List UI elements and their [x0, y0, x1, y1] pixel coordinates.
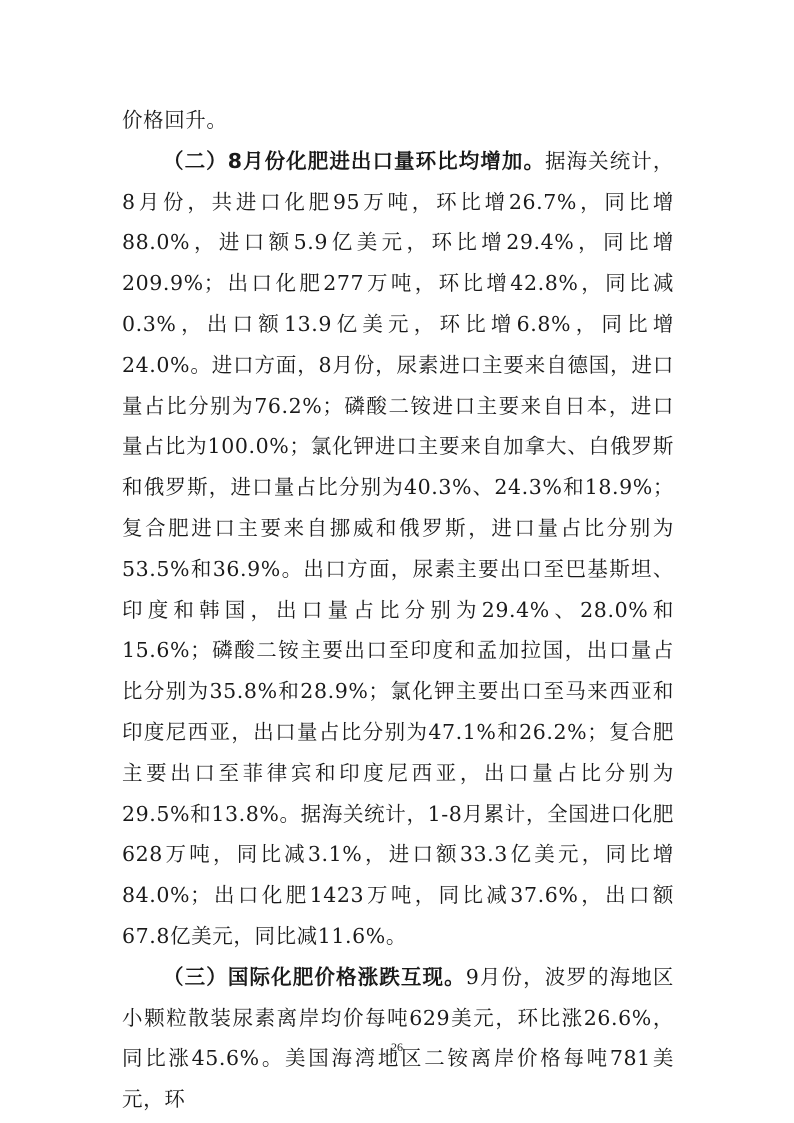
- paragraph-section-3: （三）国际化肥价格涨跌互现。9月份，波罗的海地区小颗粒散装尿素离岸均价每吨629…: [122, 957, 674, 1120]
- paragraph-text: 价格回升。: [122, 108, 228, 132]
- section-heading: （二）8月份化肥进出口量环比均增加。: [163, 149, 545, 173]
- paragraph-section-2: （二）8月份化肥进出口量环比均增加。据海关统计，8月份，共进口化肥95万吨，环比…: [122, 141, 674, 957]
- section-heading: （三）国际化肥价格涨跌互现。: [163, 965, 466, 989]
- page-number: 26: [0, 1040, 794, 1055]
- paragraph-text: 据海关统计，8月份，共进口化肥95万吨，环比增26.7%，同比增88.0%，进口…: [122, 149, 674, 948]
- document-body: 价格回升。 （二）8月份化肥进出口量环比均增加。据海关统计，8月份，共进口化肥9…: [122, 100, 674, 1120]
- paragraph-continuation: 价格回升。: [122, 100, 674, 141]
